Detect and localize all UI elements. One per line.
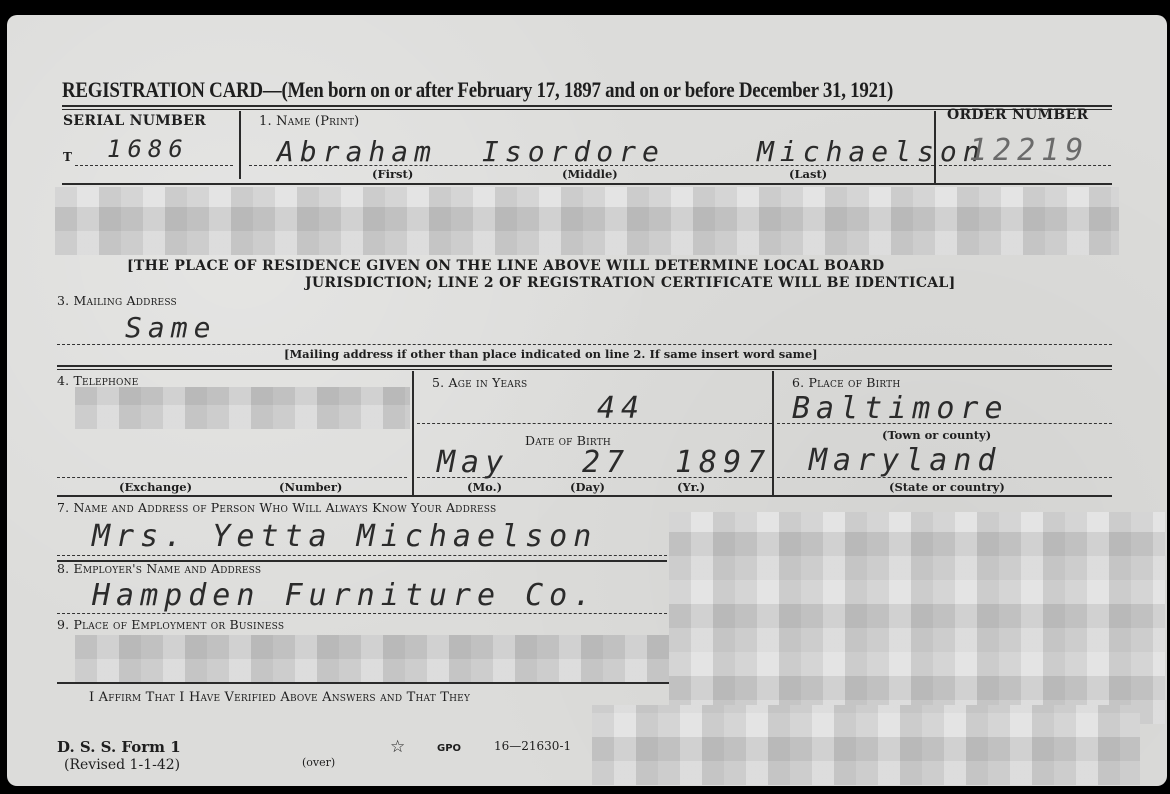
contact-label: 7. Name and Address of Person Who Will A…	[57, 500, 496, 515]
registration-card: REGISTRATION CARD—(Men born on or after …	[7, 15, 1167, 786]
age-label: 5. Age in Years	[432, 375, 527, 390]
mailing-address-label: 3. Mailing Address	[57, 293, 177, 308]
birthplace-label: 6. Place of Birth	[792, 375, 900, 390]
telephone-line	[57, 477, 407, 478]
last-caption: (Last)	[789, 167, 827, 181]
star-icon: ☆	[390, 737, 405, 757]
first-name-value: Abraham	[277, 135, 437, 168]
row3-bottom-rule-thin	[57, 369, 1112, 370]
town-line	[777, 423, 1112, 424]
year-caption: (Yr.)	[677, 480, 705, 494]
employer-value: Hampden Furniture Co.	[92, 578, 597, 613]
mailing-line	[57, 344, 1112, 345]
card-title: REGISTRATION CARD—(Men born on or after …	[62, 77, 893, 103]
row1-bottom-rule	[62, 183, 1112, 185]
telephone-age-divider	[412, 371, 414, 495]
mailing-caption: [Mailing address if other than place ind…	[284, 347, 818, 361]
dob-line	[417, 477, 772, 478]
age-value: 44	[597, 391, 645, 426]
state-line	[777, 477, 1112, 478]
birthplace-state-value: Maryland	[809, 443, 1002, 478]
gpo-code: 16—21630-1	[494, 739, 571, 753]
form-number: D. S. S. Form 1	[57, 738, 181, 756]
dob-year-value: 1897	[675, 445, 771, 480]
row3-bottom-rule	[57, 365, 1112, 367]
right-block-redacted	[669, 512, 1165, 724]
residence-redacted	[55, 187, 1119, 255]
dob-day-value: 27	[582, 445, 630, 480]
first-caption: (First)	[372, 167, 413, 181]
order-number-value: 12219	[969, 133, 1089, 168]
over-note: (over)	[302, 756, 335, 769]
signature-redacted	[592, 705, 1140, 785]
serial-line	[75, 165, 233, 166]
residence-notice-line2: JURISDICTION; LINE 2 OF REGISTRATION CER…	[305, 275, 956, 291]
order-number-label: ORDER NUMBER	[947, 107, 1088, 123]
row9-bottom-rule	[57, 682, 677, 684]
serial-number-value: 1686	[107, 135, 189, 163]
serial-number-label: SERIAL NUMBER	[63, 113, 206, 129]
affirmation-text: I Affirm That I Have Verified Above Answ…	[89, 690, 470, 705]
serial-prefix: T	[63, 150, 72, 164]
age-line	[417, 423, 772, 424]
age-birthplace-divider	[772, 371, 774, 495]
employer-label: 8. Employer's Name and Address	[57, 561, 261, 576]
state-caption: (State or country)	[889, 480, 1005, 494]
contact-line	[57, 555, 667, 556]
dob-month-value: May	[437, 445, 509, 480]
row4-bottom-rule	[57, 495, 1112, 497]
birthplace-town-value: Baltimore	[792, 391, 1009, 426]
order-divider	[934, 111, 936, 183]
telephone-label: 4. Telephone	[57, 373, 138, 388]
town-caption: (Town or county)	[882, 428, 991, 442]
name-label: 1. Name (Print)	[259, 114, 359, 129]
middle-name-value: Isordore	[482, 135, 665, 168]
residence-notice-line1: [THE PLACE OF RESIDENCE GIVEN ON THE LIN…	[127, 258, 884, 274]
gpo-mark: GPO	[437, 743, 461, 754]
employer-line	[57, 613, 667, 614]
number-caption: (Number)	[279, 480, 342, 494]
middle-caption: (Middle)	[562, 167, 618, 181]
form-revised: (Revised 1-1-42)	[64, 757, 180, 773]
mailing-address-value: Same	[125, 311, 216, 344]
month-caption: (Mo.)	[467, 480, 502, 494]
telephone-redacted	[75, 387, 410, 429]
serial-divider	[239, 111, 241, 179]
day-caption: (Day)	[570, 480, 605, 494]
exchange-caption: (Exchange)	[119, 480, 192, 494]
place-of-employment-redacted	[75, 635, 675, 683]
place-of-employment-label: 9. Place of Employment or Business	[57, 617, 284, 632]
contact-value: Mrs. Yetta Michaelson	[92, 519, 597, 554]
last-name-value: Michaelson	[757, 135, 986, 168]
